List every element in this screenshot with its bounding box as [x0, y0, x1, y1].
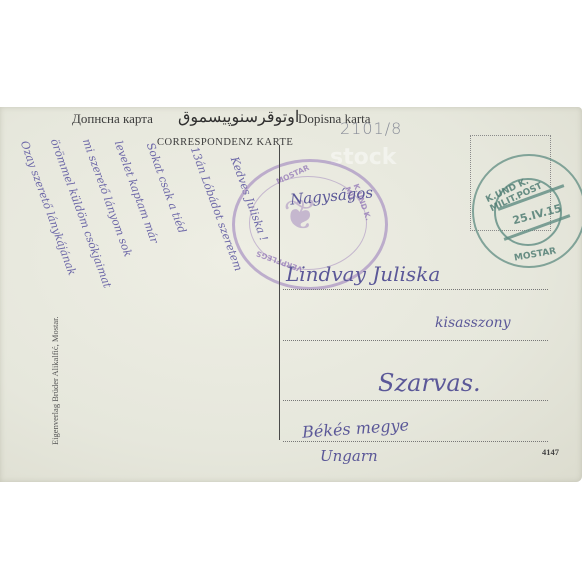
- address-title: kisasszony: [435, 315, 511, 331]
- title-ottoman: اوتوقرسنوپيسموق: [178, 107, 299, 127]
- postmark: K.UND K. MILIT.POST 25.IV.15 MOSTAR: [472, 154, 582, 268]
- center-divider: [279, 145, 280, 440]
- address-county: Békés megye: [301, 415, 409, 441]
- title-german: CORRESPONDENZ KARTE: [157, 137, 293, 148]
- address-name: Lindvay Juliska: [286, 262, 440, 286]
- title-cyrillic: Допнсна карта: [72, 111, 153, 127]
- serial-number: 4147: [542, 447, 559, 457]
- pencil-reference: 2101/8: [340, 119, 402, 138]
- address-line-rule: [283, 289, 548, 290]
- address-line-rule: [283, 340, 548, 341]
- address-line-rule: [283, 400, 548, 401]
- address-city: Szarvas.: [378, 369, 481, 397]
- postmark-bottom-text: MOSTAR: [513, 246, 557, 263]
- postcard: stock Допнсна карта اوتوقرسنوپيسموق Dopi…: [0, 107, 582, 482]
- address-line-rule: [283, 441, 548, 442]
- address-country: Ungarn: [320, 447, 378, 465]
- message-line: Ozay szerető lánykájának: [18, 139, 79, 277]
